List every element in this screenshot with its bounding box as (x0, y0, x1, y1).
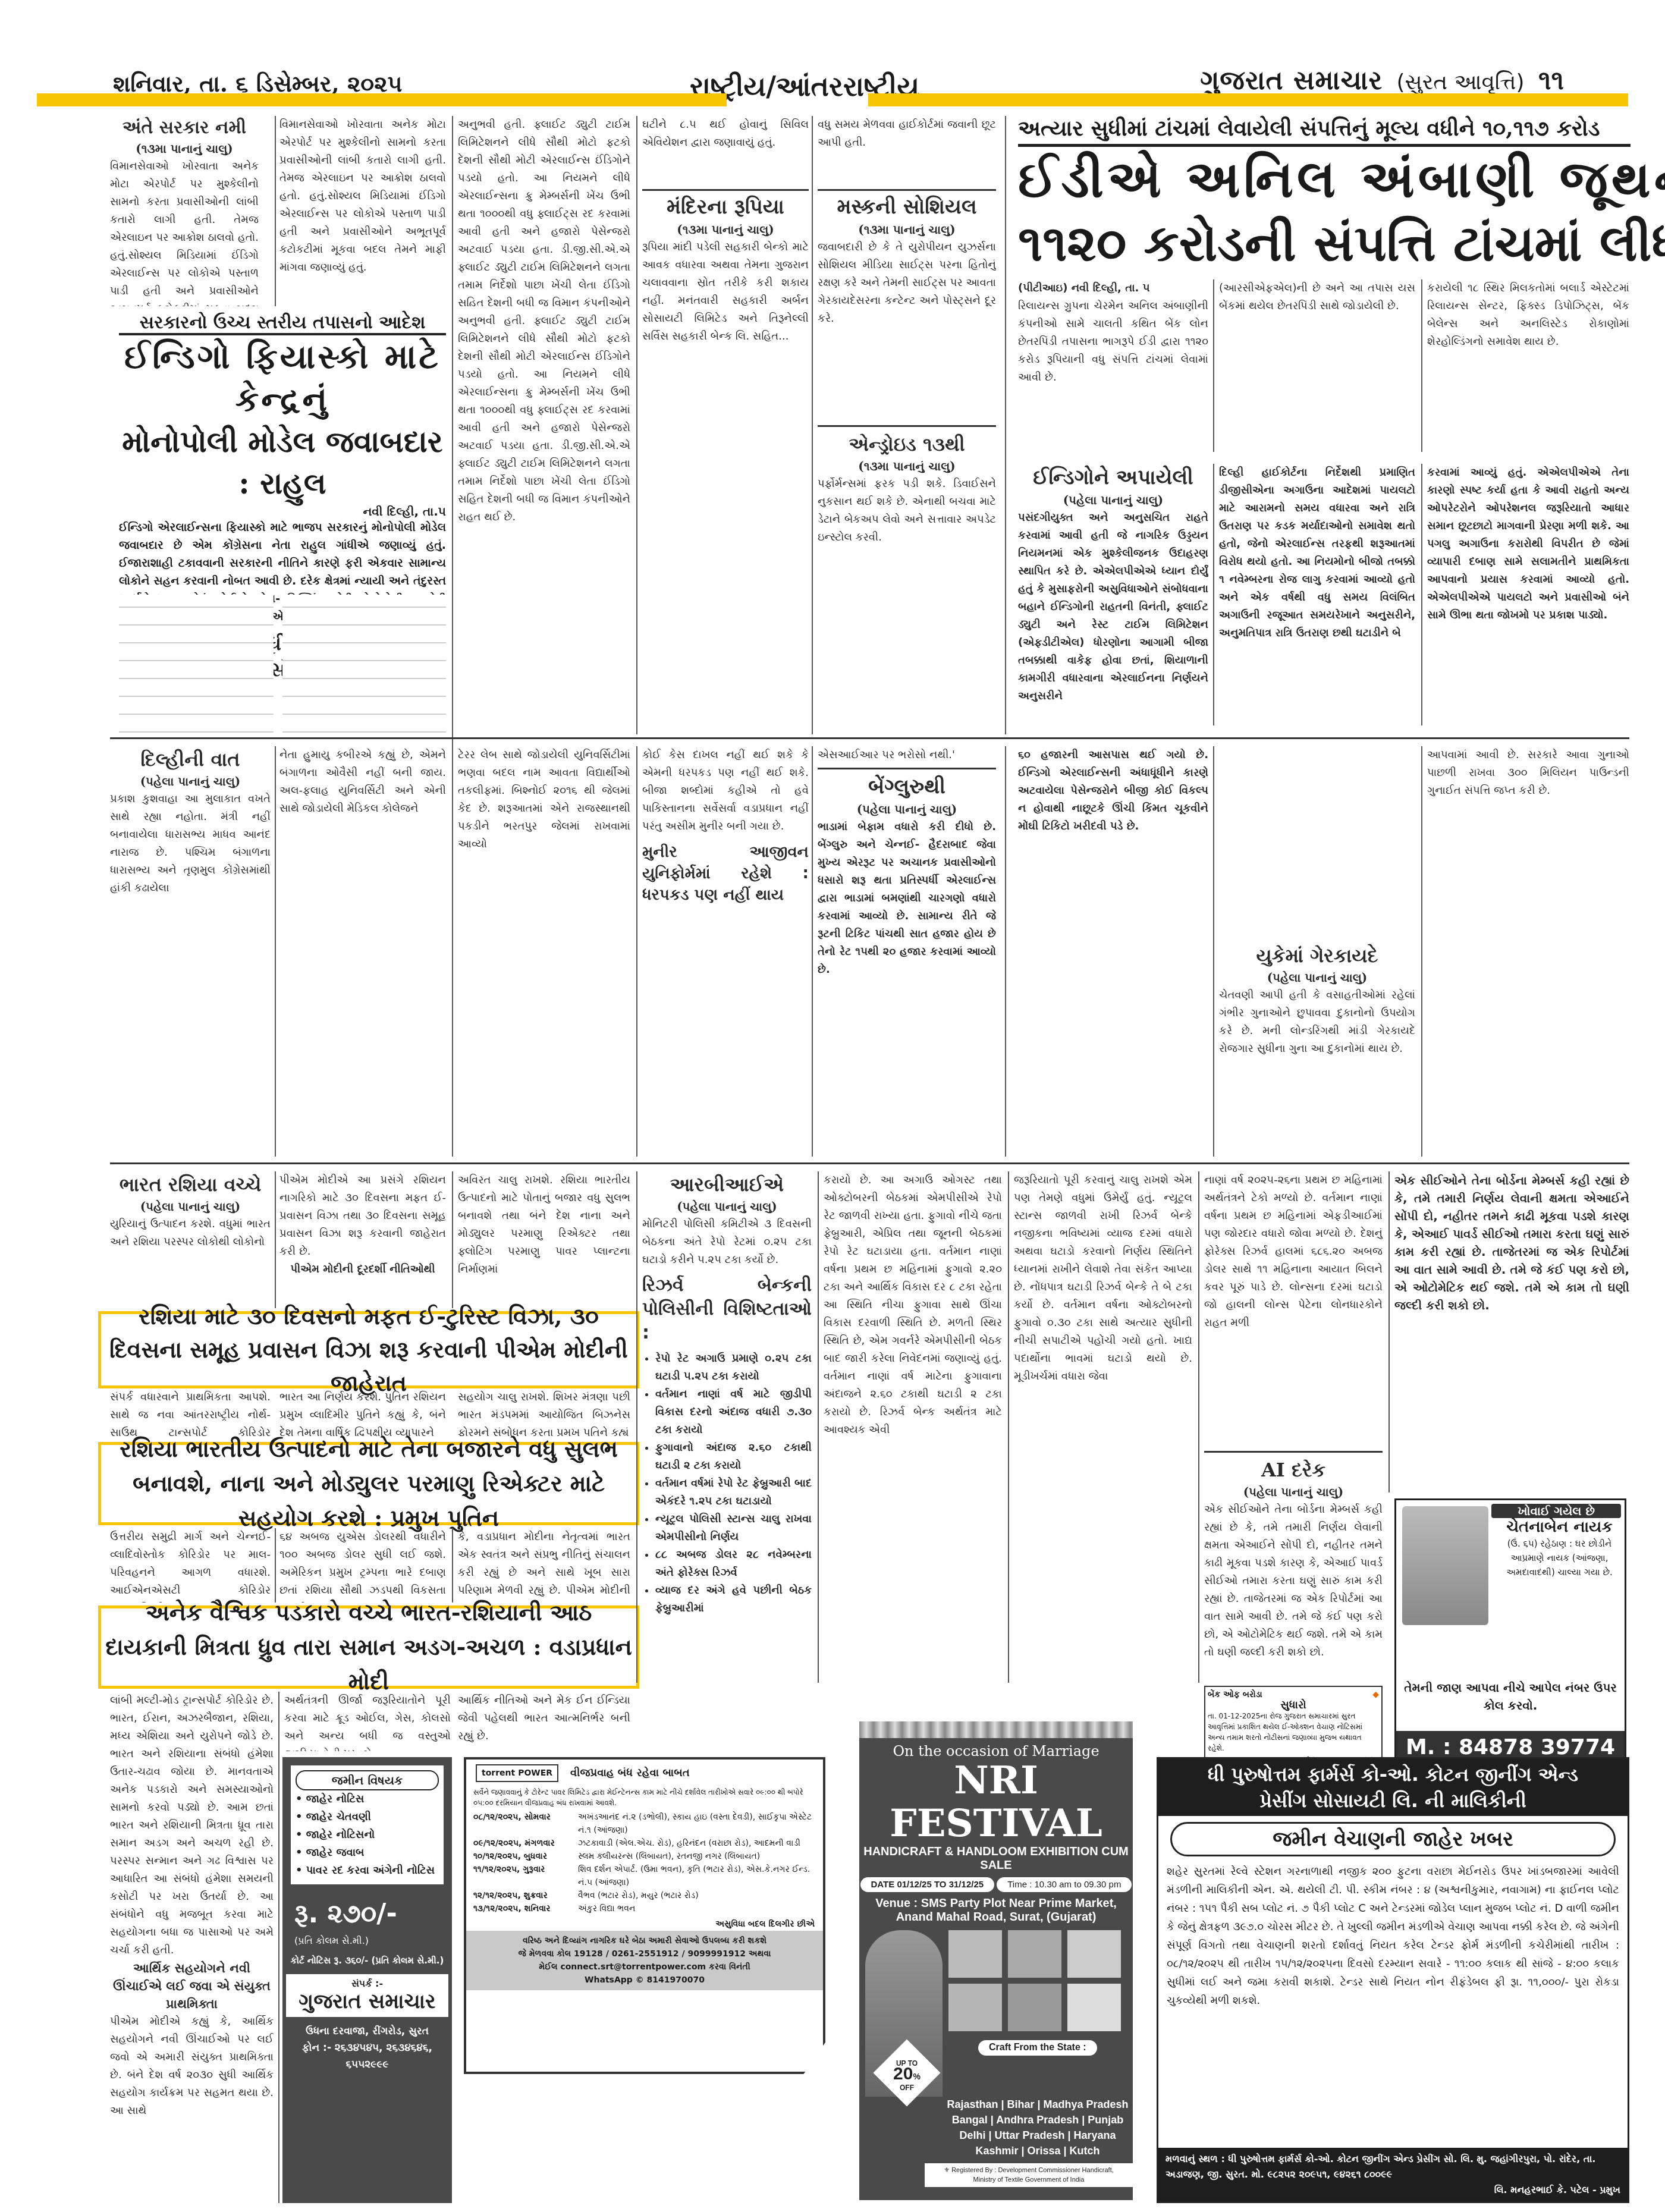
article-indigo-apayeli-col2: દિલ્હી હાઈકોર્ટના નિર્દેશથી પ્રમાણિત ડીજ… (1219, 464, 1415, 725)
section-divider (818, 189, 996, 191)
states-line: Kashmir | Orissa | Kutch (943, 2143, 1133, 2158)
continued-label: (પહેલા પાનાનું ચાલુ) (818, 800, 996, 818)
registered-line1: Registered By : Development Commissioner… (951, 2167, 1114, 2174)
continued-label: (પહેલા પાનાનું ચાલુ) (1219, 969, 1415, 986)
publication-banner: ગુજરાત સમાચાર (સુરત આવૃત્તિ) ૧૧ (1200, 65, 1564, 96)
notice-signatory: લિ. મનહરભાઈ કે. પટેલ - પ્રમુખ (1165, 2182, 1620, 2198)
article-body: લાંબી મલ્ટી-મોડ ટ્રાન્સપોર્ટ કોરિડોર છે.… (110, 1692, 274, 1959)
schedule-areas: વૈભવ (ભટાર રોડ), મયુર (ભટાર રોડ) (578, 1889, 699, 1902)
registered-line2: Ministry of Textile Government of India (973, 2176, 1085, 2183)
item-label: જાહેર જવાબ (306, 1846, 365, 1859)
continued-label: (પહેલા પાનાનું ચાલુ) (1018, 491, 1208, 509)
article-body: અર્થતંત્રની ઊર્જા જરૂરિયાતોને પૂરી કરવા … (284, 1694, 451, 1751)
article-mandir: મંદિરના રૂપિયા (૧૩મા પાનાનું ચાલુ) રૂપિય… (642, 193, 809, 734)
article-ed-anil: અત્યાર સુધીમાં ટાંચમાં લેવાયેલી સંપત્તિન… (1018, 113, 1631, 274)
article-rbi-col4: નાણાં વર્ષ ૨૦૨૫-૨૬ના પ્રથમ છ મહિનામાં અર… (1204, 1171, 1383, 1445)
article-body: અનુભવી હતી. ફ્લાઈટ ડ્યુટી ટાઈમ લિમિટેશનન… (458, 315, 630, 523)
article-rbi-col2: કરાયો છે. આ અગાઉ ઓગસ્ટ તથા ઓક્ટોબરની બેઠ… (824, 1171, 1002, 1683)
article-body: પીએમ મોદીએ આ પ્રસંગે રશિયન નાગરિકો માટે … (279, 1171, 446, 1261)
craft-photo (1067, 1930, 1121, 1978)
article-bharat-russia-col3: અવિરત ચાલુ રાખશે. રશિયા ભારતીય ઉત્પાદનો … (458, 1171, 630, 1308)
article-body: કરવામાં આવ્યું હતું. એએલપીએએ તેના કારણો … (1427, 466, 1629, 621)
article-kicker: સરકારનો ઉચ્ચ સ્તરીય તપાસનો આદેશ (119, 312, 446, 335)
continued-label: (પહેલા પાનાનું ચાલુ) (110, 772, 271, 790)
article-body: એક સીઈઓને તેના બોર્ડના મેમ્બર્સ કહી રહ્ય… (1204, 1501, 1383, 1661)
list-item: ન્યૂટ્રલ પોલિસી સ્ટાન્સ ચાલુ રાખવા એમપીસ… (655, 1510, 812, 1546)
nri-festival-ad: On the occasion of Marriage NRI FESTIVAL… (859, 1721, 1133, 2200)
article-body-row: સંપર્ક વધારવાને પ્રાથમિકતા આપશે. સાથે જ … (110, 1388, 271, 1436)
column-divider (818, 1171, 819, 1683)
craft-photo (1067, 1984, 1121, 2031)
column-divider (812, 116, 813, 734)
craft-photo (948, 1930, 1002, 1978)
list-item: વ્યાજ દર અંગે હવે પછીની બેઠક ફેબ્રુઆરીમા… (655, 1582, 812, 1617)
article-munir: કોઈ કેસ દાખલ નહીં થઈ શકે કે એમની ધરપકડ પ… (642, 746, 809, 1157)
continued-label: (૧૩મા પાનાનું ચાલુ) (818, 457, 996, 475)
registration-note: ⚜ Registered By : Development Commission… (925, 2163, 1133, 2187)
column-divider (275, 116, 276, 306)
article-title: મસ્કની સોશિયલ (818, 193, 996, 221)
article-body: જવાબદારી છે કે તે યુરોપીયન યુઝર્સના સોશિ… (818, 238, 996, 328)
column-divider (452, 1528, 453, 1603)
article-body: પીએમ મોદીએ કહ્યું કે, આર્થિક સહયોગને નવી… (110, 2013, 274, 2120)
list-item: વર્તમાન નાણાં વર્ષ માટે જીડીપી વિકાસ દરન… (655, 1385, 812, 1439)
ad-price: રૂ. ૨૭૦/- (282, 1893, 452, 1935)
article-rbi-col3: જરૂરિયાતો પૂરી કરવાનું ચાલુ રાખશે એમ પણ … (1014, 1171, 1192, 1683)
craft-photo (948, 1984, 1002, 2031)
article-body-row: સહયોગ ચાલુ રાખશે. શિખર મંત્રણા પછી ભારત … (458, 1388, 630, 1436)
land-sale-notice: ધી પુરુષોત્તમ ફાર્મર્સ કો-ઓ. કોટન જીનીંગ… (1157, 1757, 1629, 2203)
states-line: Delhi | Uttar Pradesh | Haryana (943, 2128, 1133, 2143)
continued-label: (૧૩મા પાનાનું ચાલુ) (642, 221, 809, 238)
article-indigo-apayeli-col3: કરવામાં આવ્યું હતું. એએલપીએએ તેના કારણો … (1427, 464, 1629, 725)
person-photo (1402, 1506, 1488, 1625)
time-pill: Time : 10.30 am to 09.30 pm (997, 1877, 1132, 1892)
notice-body: શહેર સુરતમાં રેલ્વે સ્ટેશન ગરનાળાથી નજીક… (1158, 1862, 1628, 2010)
article-body: અનુભવી હતી. ફ્લાઈટ ડ્યુટી ટાઈમ લિમિટેશનન… (458, 118, 630, 306)
section-divider (1204, 1451, 1383, 1453)
article-sixty-thousand: ૬૦ હજારની આસપાસ થઈ ગયો છે. ઈન્ડિગો એરલાઈ… (1018, 746, 1208, 1157)
schedule-areas: શિવ દર્શન એપાર્ટ. (ઉમા ભવન), કૃતિ (ભટાર … (578, 1863, 816, 1889)
schedule-row: ૧૦/૧૨/૨૦૨૫, બુધવારસ્લમ ક્લીયરન્સ (લિંબાય… (473, 1850, 816, 1863)
classified-rates-ad: જમીન વિષયક • જાહેર નોટિસ • જાહેર ચેતવણી … (282, 1757, 452, 2203)
bank-name: બેંક ઓફ બરોડા (1208, 1689, 1262, 1700)
notice-type-item: • જાહેર ચેતવણી (296, 1808, 439, 1826)
article-ai-col2: એક સીઈઓને તેના બોર્ડના મેમ્બર્સ કહી રહ્ય… (1394, 1171, 1629, 1493)
column-divider (636, 1171, 637, 1683)
article-subhead: પીએમ મોદીની દૂરદર્શી નીતિઓથી (279, 1261, 446, 1278)
bank-logo-icon: ◆ (1372, 1689, 1379, 1700)
article-body: યુરિયાનું ઉત્પાદન કરશે. વધુમાં ભારત અને … (110, 1215, 271, 1251)
dateline: નવી દિલ્હી, તા.૫ (119, 504, 446, 519)
column-divider (1421, 746, 1422, 1157)
discount-text: UP TO 20% OFF (883, 2058, 931, 2093)
section-divider (110, 1162, 1629, 1164)
article-bharat-russia: ભારત રશિયા વચ્ચે (પહેલા પાનાનું ચાલુ) યુ… (110, 1171, 271, 1308)
header-band-right (868, 93, 1628, 106)
footer-whatsapp: WhatsApp © 8141970070 (470, 1974, 819, 1987)
article-body: વધુ સમય મેળવવા હાઈકોર્ટમાં જવાની છૂટ આપી… (818, 118, 996, 149)
craft-photo (1008, 1984, 1061, 2031)
list-item: રેપો રેટ અગાઉ પ્રમાણે ૦.૨૫ ટકા ઘટાડી ૫.૨… (655, 1350, 812, 1385)
article-bharat-russia-tail: લાંબી મલ્ટી-મોડ ટ્રાન્સપોર્ટ કોરિડોર છે.… (110, 1692, 274, 2203)
article-body-row: ભારત આ નિર્ણય કરશે. પુતિન રશિયન પ્રમુખ વ… (279, 1388, 446, 1436)
article-yuke-col2: આપવામાં આવી છે. સરકારે આવા ગુનાઓ પાછળી ર… (1427, 746, 1629, 1157)
notice-title: જમીન વેચાણની જાહેર ખબર (1170, 1822, 1616, 1856)
column-divider (1213, 746, 1214, 1157)
contact-box: સંપર્ક :- ગુજરાત સમાચાર (286, 1974, 448, 2017)
headline-line2: ૧૧૨૦ કરોડની સંપત્તિ ટાંચમાં લીધી (1018, 212, 1631, 274)
article-body: સંપર્ક વધારવાને પ્રાથમિકતા આપશે. સાથે જ … (110, 1391, 271, 1436)
article-ed-col2: (આરસીએફએલ)ની છે અને આ તપાસ યસ બેંકમાં થય… (1219, 279, 1415, 452)
article-body: નેતા હુમાયુ કબીરએ કહ્યું છે, એમને બંગાળન… (279, 749, 446, 815)
item-label: જાહેર નોટિસનો (306, 1828, 375, 1841)
article-body: કોઈ કેસ દાખલ નહીં થઈ શકે કે એમની ધરપકડ પ… (642, 746, 809, 835)
court-notice-rate: કોર્ટ નોટિસ રૂ. ૩૬૦/- (પ્રતિ કોલમ સે.મી.… (282, 1947, 452, 1974)
schedule-date: ૧૧/૧૨/૨૦૨૫, ગુરૂવાર (473, 1863, 574, 1889)
schedule-areas: ઝટકાવાડી (એલ.એચ. રોડ), હરિનંદન (વરાછા રો… (578, 1837, 800, 1850)
article-body: ઘટીને ૮.૫ થઈ હોવાનું સિવિલ એવિયેશન દ્વાર… (642, 118, 809, 149)
schedule-date: ૦૯/૧૨/૨૦૨૫, મંગળવાર (473, 1837, 574, 1850)
article-body: કે, વડાપ્રધાન મોદીના નેતૃત્વમાં ભારત એક … (458, 1531, 630, 1603)
ad-subtitle: HANDICRAFT & HANDLOOM EXHIBITION CUM SAL… (859, 1845, 1133, 1872)
article-kicker: અત્યાર સુધીમાં ટાંચમાં લેવાયેલી સંપત્તિન… (1018, 113, 1631, 147)
article-body: સહયોગ ચાલુ રાખશે. શિખર મંત્રણા પછી ભારત … (458, 1391, 630, 1436)
page-number: ૧૧ (1538, 65, 1564, 96)
footer-line: જે મેળવવા કોલ 19128 / 0261-2551912 / 909… (470, 1947, 819, 1960)
article-body-row: અર્થતંત્રની ઊર્જા જરૂરિયાતોને પૂરી કરવા … (284, 1692, 451, 1751)
states-line: Rajasthan | Bihar | Madhya Pradesh (943, 2097, 1133, 2112)
article-indigo-side: અનુભવી હતી. ફ્લાઈટ ડ્યુટી ટાઈમ લિમિટેશનન… (458, 312, 630, 734)
venue-line2: Anand Mahal Road, Surat, (Gujarat) (859, 1911, 1133, 1924)
column-divider (1421, 464, 1422, 725)
article-body: એક સીઈઓને તેના બોર્ડના મેમ્બર્સ કહી રહ્ય… (1394, 1173, 1629, 1312)
ad-heading: ખોવાઈ ગયેલ છે (1491, 1504, 1621, 1518)
venue-line1: Venue : SMS Party Plot Near Prime Market… (859, 1897, 1133, 1911)
article-delhi-col3: ટેરર લેબ સાથે જોડાયેલી યુનિવર્સિટીમાં ભણ… (458, 746, 630, 1157)
section-divider (818, 425, 996, 427)
states-line: Bangal | Andhra Pradesh | Punjab (943, 2112, 1133, 2128)
article-ai: AI દરેક (પહેલા પાનાનું ચાલુ) એક સીઈઓને ત… (1204, 1457, 1383, 1683)
continued-label: (૧૩મા પાનાનું ચાલુ) (818, 221, 996, 238)
continued-label: (૧૩મા પાનાનું ચાલુ) (110, 140, 259, 158)
column-divider (452, 1171, 453, 1308)
column-divider (1198, 1171, 1199, 1683)
column-divider (636, 116, 637, 734)
article-title: આરબીઆઈએ (642, 1171, 812, 1198)
headline-line1: ઈન્ડિગો ફિયાસ્કો માટે કેન્દ્રનું (119, 335, 446, 421)
apology-text: અસુવિધા બદલ દિલગીર છીએ (466, 1918, 823, 1931)
article-body: નાણાં વર્ષ ૨૦૨૫-૨૬ના પ્રથમ છ મહિનામાં અર… (1204, 1174, 1383, 1329)
headline-line1: ઈડીએ અનિલ અંબાણી જૂથની વધુ (1018, 147, 1631, 212)
column-divider (452, 746, 453, 1157)
craft-states: Rajasthan | Bihar | Madhya Pradesh Banga… (943, 2097, 1133, 2158)
article-body: વિમાનસેવાઓ ખોરવાતા અનેક મોટા એરપોર્ટ પર … (110, 158, 259, 306)
brand-logo: ગુજરાત સમાચાર (290, 1990, 445, 2013)
notice-type-item: • જાહેર નોટિસનો (296, 1826, 439, 1844)
article-delhi-col2: નેતા હુમાયુ કબીરએ કહ્યું છે, એમને બંગાળન… (279, 746, 446, 1157)
article-title: ઈન્ડિગોને અપાયેલી (1018, 464, 1208, 491)
continued-label: (પહેલા પાનાનું ચાલુ) (642, 1198, 812, 1215)
column-divider (1005, 116, 1006, 734)
article-body-row: ઉત્તરીય સમુદ્રી માર્ગ અને ચેન્નઈ- વ્લાદિ… (110, 1528, 271, 1603)
schedule-date: ૧૩/૧૨/૨૦૨૫, શનિવાર (473, 1902, 574, 1915)
article-yuke: યુકેમાં ગેરકાયદે (પહેલા પાનાનું ચાલુ) ચે… (1219, 746, 1415, 1157)
craft-photo (1008, 1930, 1061, 1978)
column-divider (1008, 1171, 1009, 1683)
person-details: (ઉં. ૬૫) રહેઠાણ : ઘર છોડીને આપ્રમાણે નાય… (1494, 1537, 1625, 1579)
ad-image-area: Craft From the State : UP TO 20% OFF (859, 1924, 1133, 2097)
continued-label: (પહેલા પાનાનું ચાલુ) (110, 1198, 271, 1215)
article-bharat-russia-col2: પીએમ મોદીએ આ પ્રસંગે રશિયન નાગરિકો માટે … (279, 1171, 446, 1308)
contact-details: ઉધના દરવાજા, રીંગરોડ, સુરત ફોન :- ૨૬૩૪૫૪… (282, 2017, 452, 2079)
article-body: પ્રકાશ કુશવાહા આ મુલાકાત વખતે સાથે રહ્યા… (110, 790, 271, 897)
emblem-icon: ⚜ (944, 2167, 950, 2174)
notice-title: સુધારો (1208, 1700, 1379, 1711)
schedule-date: ૦૮/૧૨/૨૦૨૫, સોમવાર (473, 1811, 574, 1837)
article-rbi: આરબીઆઈએ (પહેલા પાનાનું ચાલુ) મોનિટરી પોલ… (642, 1171, 812, 1683)
rbi-highlights-list: રેપો રેટ અગાઉ પ્રમાણે ૦.૨૫ ટકા ઘટાડી ૫.૨… (642, 1350, 812, 1617)
header-band-left (37, 93, 727, 106)
article-bengaluru: એસઆઈઆર પર ભરોસો નથી.' બેંગ્લુરુથી (પહેલા… (818, 746, 996, 1157)
highlight-box-putin: રશિયા ભારતીય ઉત્પાદનો માટે તેના બજારને વ… (98, 1442, 639, 1525)
edition-label: (સુરત આવૃત્તિ) (1397, 70, 1525, 95)
article-body: મોનિટરી પોલિસી કમિટીએ ૩ દિવસની બેઠકના અં… (642, 1215, 812, 1269)
article-ante-sarkar: અંતે સરકાર નમી (૧૩મા પાનાનું ચાલુ) વિમાન… (110, 116, 259, 306)
article-lead-in: એસઆઈઆર પર ભરોસો નથી.' (818, 746, 996, 764)
discount-pct: % (913, 2072, 920, 2081)
schedule-row: ૧૨/૧૨/૨૦૨૫, શુક્રવારવૈભવ (ભટાર રોડ), મયુ… (473, 1889, 816, 1902)
list-item: ફુગાવાનો અંદાજ ૨.૬૦ ટકાથી ઘટાડી ૨ ટકા કર… (655, 1439, 812, 1475)
dateline: (પીટીઆઇ) નવી દિલ્હી, તા. ૫ (1018, 279, 1208, 297)
column-divider (1213, 464, 1214, 725)
article-body-text (282, 595, 446, 734)
section-divider (110, 737, 1629, 739)
article-indigo-ontime: ઘટીને ૮.૫ થઈ હોવાનું સિવિલ એવિયેશન દ્વાર… (642, 116, 809, 187)
org-line1: ધી પુરુષોત્તમ ફાર્મર્સ કો-ઓ. કોટન જીનીંગ… (1161, 1761, 1625, 1787)
decorative-border (859, 1721, 1133, 1738)
article-android: એન્ડ્રોઇડ ૧૩થી (૧૩મા પાનાનું ચાલુ) પર્ફો… (818, 431, 996, 734)
article-body: દિલ્હી હાઈકોર્ટના નિર્દેશથી પ્રમાણિત ડીજ… (1219, 466, 1415, 639)
publication-name: ગુજરાત સમાચાર (1200, 65, 1383, 96)
article-body: (આરસીએફએલ)ની છે અને આ તપાસ યસ બેંકમાં થય… (1219, 282, 1415, 312)
article-body: અવિરત ચાલુ રાખશે. રશિયા ભારતીય ઉત્પાદનો … (458, 1174, 630, 1275)
article-body: ૬૦ હજારની આસપાસ થઈ ગયો છે. ઈન્ડિગો એરલાઈ… (1018, 749, 1208, 832)
column-divider (278, 1692, 279, 2203)
article-body: આપવામાં આવી છે. સરકારે આવા ગુનાઓ પાછળી ર… (1427, 749, 1629, 797)
notice-type-item: • પાવર રદ કરવા અંગેની નોટિસ (296, 1862, 439, 1880)
article-body: ભારત આ નિર્ણય કરશે. પુતિન રશિયન પ્રમુખ વ… (279, 1391, 446, 1436)
ad-title: NRI FESTIVAL (859, 1759, 1133, 1845)
discount-off: OFF (883, 2082, 931, 2093)
headline-line2: મોનોપોલી મોડેલ જવાબદાર : રાહુલ (119, 421, 446, 504)
schedule-date: ૧૦/૧૨/૨૦૨૫, બુધવાર (473, 1850, 574, 1863)
list-item: ૮૮ અબજ ડોલર ૨૮ નવેમ્બરના અંતે ફોરેક્સ રિ… (655, 1546, 812, 1582)
article-title: અંતે સરકાર નમી (110, 116, 259, 140)
article-body: વિમાનસેવાઓ ખોરવાતા અનેક મોટા એરપોર્ટ પર … (279, 118, 446, 274)
article-ed-col1: (પીટીઆઇ) નવી દિલ્હી, તા. ૫ રિલાયન્સ ગ્રુ… (1018, 279, 1208, 452)
person-name: ચેતનાબેન નાયક (1494, 1518, 1625, 1537)
outage-schedule: ૦૮/૧૨/૨૦૨૫, સોમવારઅખંડઆનંદ નં.૨ (ડભોલી),… (466, 1808, 823, 1918)
schedule-areas: અખંડઆનંદ નં.૨ (ડભોલી), સ્કાય હાઇ (વસ્તા … (578, 1811, 816, 1837)
article-body: ભાડામાં બેફામ વધારો કરી દીધો છે. બેંગ્લુ… (818, 818, 996, 979)
article-title: ભારત રશિયા વચ્ચે (110, 1171, 271, 1198)
article-subhead: મુનીર આજીવન યુનિફોર્મમાં રહેશે : ધરપકડ પ… (642, 841, 809, 906)
article-body: પર્ફોર્મન્સમાં ફરક પડી શકે. ડિવાઈસને નુક… (818, 475, 996, 546)
item-label: જાહેર નોટિસ (306, 1793, 365, 1805)
discount-value: 20 (893, 2064, 913, 2084)
article-body: ચેતવણી આપી હતી કે વસાહતીઓમાં રહેલાં ગંભી… (1219, 986, 1415, 1058)
org-line2: પ્રેસીંગ સોસાયટી લિ. ની માલિકીની (1161, 1787, 1625, 1814)
ad-intro: સર્વેને જણાવવાનું કે ટોરેન્ટ પાવર લિમિટે… (466, 1787, 823, 1808)
torrent-power-ad: torrent POWER વીજપ્રવાહ બંધ રહેવા બાબત સ… (464, 1757, 825, 2074)
article-body-text (119, 595, 274, 734)
article-body-row: ૬૪ અબજ યુએસ ડોલરથી વધારીને ૧૦૦ અબજ ડોલર … (279, 1528, 446, 1603)
ad-title: જમીન વિષયક (296, 1770, 439, 1790)
notice-footer: મળવાનું સ્થળ : ધી પુરુષોત્તમ ફાર્મર્સ કો… (1158, 2148, 1628, 2201)
schedule-areas: સ્લમ ક્લીયરન્સ (લિંબાયત), રતનજી નગર (લિં… (578, 1850, 760, 1863)
notice-types-box: જમીન વિષયક • જાહેર નોટિસ • જાહેર ચેતવણી … (291, 1765, 444, 1884)
article-body: ઉત્તરીય સમુદ્રી માર્ગ અને ચેન્નઈ- વ્લાદિ… (110, 1531, 271, 1603)
article-indigo-apayeli: ઈન્ડિગોને અપાયેલી (પહેલા પાનાનું ચાલુ) પ… (1018, 464, 1208, 725)
highlight-box-visa: રશિયા માટે ૩૦ દિવસનો મફત ઈ-ટુરિસ્ટ વિઝા,… (98, 1311, 639, 1388)
item-label: પાવર રદ કરવા અંગેની નોટિસ (306, 1864, 435, 1877)
column-divider (1005, 746, 1006, 1157)
column-divider (1213, 279, 1214, 452)
footer-line: વરિષ્ઠ અને દિવ્યાંગ નાગરિક ઘરે બેઠા અમાર… (470, 1934, 819, 1947)
schedule-row: ૦૯/૧૨/૨૦૨૫, મંગળવારઝટકાવાડી (એલ.એચ. રોડ)… (473, 1837, 816, 1850)
section-divider (642, 189, 809, 191)
notice-contact: મળવાનું સ્થળ : ધી પુરુષોત્તમ ફાર્મર્સ કો… (1165, 2151, 1620, 2182)
contact-phone: ફોન :- ૨૬૩૪૫૪૫, ૨૬૩૪૬૪૬, ૬૫૫૨૯૯૯ (288, 2040, 446, 2073)
ad-header: torrent POWER વીજપ્રવાહ બંધ રહેવા બાબત (466, 1759, 823, 1787)
column-divider (275, 1171, 276, 1308)
notice-type-item: • જાહેર નોટિસ (296, 1790, 439, 1808)
ad-dates: DATE 01/12/25 TO 31/12/25 Time : 10.30 a… (859, 1877, 1133, 1892)
column-divider (275, 746, 276, 1157)
article-body: રિલાયન્સ ગ્રુપના ચેરમેન અનિલ અંબાણીની કં… (1018, 297, 1208, 387)
schedule-row: ૧૧/૧૨/૨૦૨૫, ગુરૂવારશિવ દર્શન એપાર્ટ. (ઉમ… (473, 1863, 816, 1889)
column-divider (812, 746, 813, 1157)
article-delhi: દિલ્હીની વાત (પહેલા પાનાનું ચાલુ) પ્રકાશ… (110, 746, 271, 1157)
column-divider (1421, 279, 1422, 452)
contact-label: સંપર્ક :- (290, 1978, 445, 1990)
article-title: દિલ્હીની વાત (110, 746, 271, 772)
article-title: યુકેમાં ગેરકાયદે (1219, 942, 1415, 969)
notice-type-item: • જાહેર જવાબ (296, 1844, 439, 1862)
column-divider (275, 1528, 276, 1603)
price-unit: (પ્રતિ કોલમ સે.મી.) (282, 1935, 452, 1947)
highlight-box-friendship: અનેક વૈશ્વિક પડકારો વચ્ચે ભારત-રશિયાની આ… (98, 1605, 639, 1689)
contact-address: ઉધના દરવાજા, રીંગરોડ, સુરત (288, 2023, 446, 2040)
article-body: પસંદગીયુક્ત અને અનુસચિત રાહતે કરવામાં આવ… (1018, 509, 1208, 705)
notice-body: તા. 01-12-2025ના રોજ ગુજરાત સમાચારમાં સુ… (1208, 1711, 1379, 1754)
torrent-logo: torrent POWER (476, 1764, 558, 1782)
article-body: આર્થિક નીતિઓ અને મેક ઈન ઈન્ડિયા જેવી પહે… (458, 1694, 630, 1742)
article-ante-sarkar-col3: અનુભવી હતી. ફ્લાઈટ ડ્યુટી ટાઈમ લિમિટેશનન… (458, 116, 630, 306)
article-title: બેંગ્લુરુથી (818, 773, 996, 800)
article-sbank: વધુ સમય મેળવવા હાઈકોર્ટમાં જવાની છૂટ આપી… (818, 116, 996, 187)
craft-label: Craft From the State : (978, 2040, 1097, 2056)
schedule-row: ૦૮/૧૨/૨૦૨૫, સોમવારઅખંડઆનંદ નં.૨ (ડભોલી),… (473, 1811, 816, 1837)
schedule-date: ૧૨/૧૨/૨૦૨૫, શુક્રવાર (473, 1889, 574, 1902)
call-instruction: તેમની જાણ આપવા નીચે આપેલ નંબર ઉપર કોલ કર… (1400, 1679, 1621, 1714)
article-musk: મસ્કની સોશિયલ (૧૩મા પાનાનું ચાલુ) જવાબદા… (818, 193, 996, 419)
article-body: રૂપિયા માંદી પડેલી સહકારી બેન્કો માટે આવ… (642, 238, 809, 345)
article-body: જરૂરિયાતો પૂરી કરવાનું ચાલુ રાખશે એમ પણ … (1014, 1174, 1192, 1382)
item-label: જાહેર ચેતવણી (306, 1811, 371, 1823)
list-item: વર્તમાન વર્ષમાં રેપો રેટ ફેબ્રુઆરી બાદ એ… (655, 1475, 812, 1510)
schedule-areas: અંકુર વિદ્યા ભવન (578, 1902, 635, 1915)
article-body: ટેરર લેબ સાથે જોડાયેલી યુનિવર્સિટીમાં ભણ… (458, 749, 630, 850)
footer-email: મેઈલ connect.srt@torrentpower.com કરવા વ… (470, 1960, 819, 1974)
column-divider (636, 746, 637, 1157)
ad-footer: વરિષ્ઠ અને દિવ્યાંગ નાગરિક ઘરે બેઠા અમાર… (466, 1931, 823, 1990)
article-subhead: આર્થિક સહયોગને નવી ઊંચાઈએ લઈ જવા એ સંયુક… (110, 1959, 274, 2013)
article-body-row: આર્થિક નીતિઓ અને મેક ઈન ઈન્ડિયા જેવી પહે… (458, 1692, 630, 1751)
column-divider (1388, 1171, 1390, 1493)
continued-label: (પહેલા પાનાનું ચાલુ) (1204, 1483, 1383, 1501)
schedule-row: ૧૩/૧૨/૨૦૨૫, શનિવારઅંકુર વિદ્યા ભવન (473, 1902, 816, 1915)
article-ante-sarkar-col2: વિમાનસેવાઓ ખોરવાતા અનેક મોટા એરપોર્ટ પર … (279, 116, 446, 306)
article-body: કરાયો છે. આ અગાઉ ઓગસ્ટ તથા ઓક્ટોબરની બેઠ… (824, 1174, 1002, 1436)
notice-org: ધી પુરુષોત્તમ ફાર્મર્સ કો-ઓ. કોટન જીનીંગ… (1158, 1759, 1628, 1816)
article-body-row: કે, વડાપ્રધાન મોદીના નેતૃત્વમાં ભારત એક … (458, 1528, 630, 1603)
date-pill: DATE 01/12/25 TO 31/12/25 (860, 1877, 995, 1892)
article-title: AI દરેક (1204, 1457, 1383, 1483)
missing-person-ad: ખોવાઈ ગયેલ છે ચેતનાબેન નાયક (ઉં. ૬૫) રહે… (1394, 1498, 1626, 1766)
article-title: મંદિરના રૂપિયા (642, 193, 809, 221)
article-body: ૬૪ અબજ યુએસ ડોલરથી વધારીને ૧૦૦ અબજ ડોલર … (279, 1531, 446, 1603)
ad-occasion: On the occasion of Marriage (859, 1743, 1133, 1759)
article-ed-col3: કરાયેલી ૧૮ સ્થિર મિલકતોમાં બલાર્ડ એસ્ટેટ… (1427, 279, 1629, 452)
ad-title: વીજપ્રવાહ બંધ રહેવા બાબત (570, 1767, 690, 1780)
article-body: કરાયેલી ૧૮ સ્થિર મિલકતોમાં બલાર્ડ એસ્ટેટ… (1427, 282, 1629, 348)
article-subhead: રિઝર્વ બેન્કની પોલિસીની વિશિષ્ટતાઓ : (642, 1274, 812, 1345)
article-title: એન્ડ્રોઇડ ૧૩થી (818, 431, 996, 457)
